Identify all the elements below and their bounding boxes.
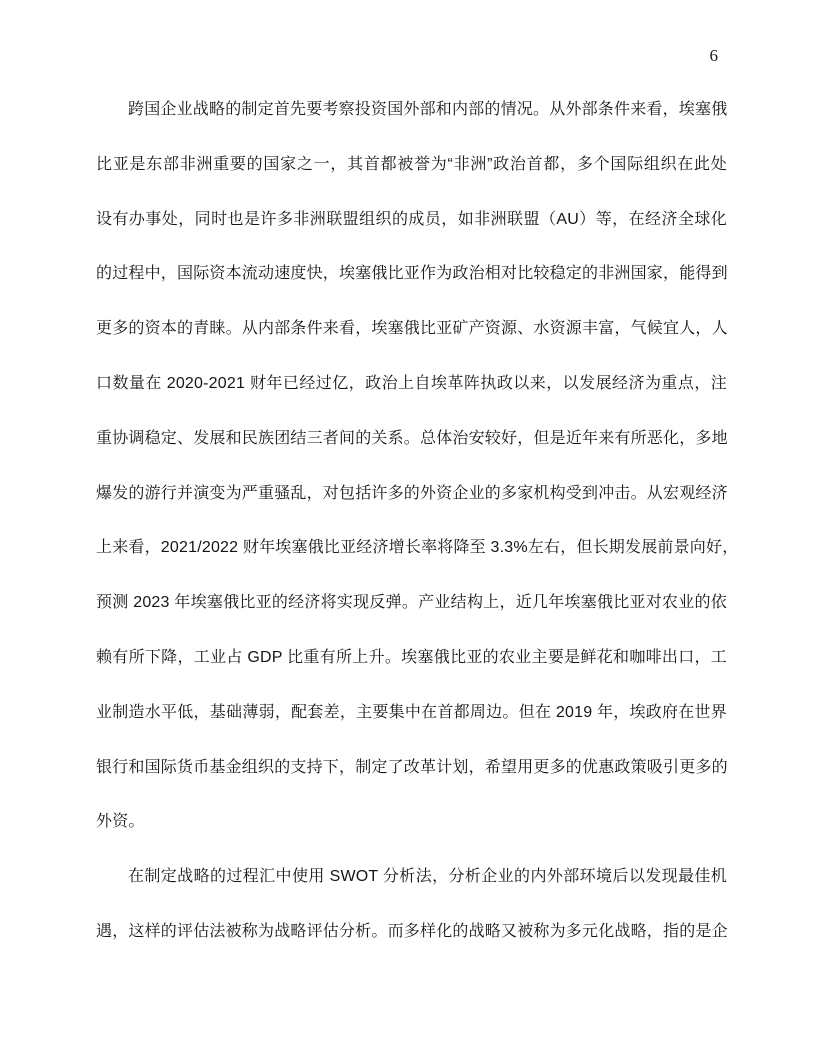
text-line: 上来看，2021/2022 财年埃塞俄比亚经济增长率将降至 3.3%左右，但长期… bbox=[96, 521, 727, 576]
document-page: 6 跨国企业战略的制定首先要考察投资国外部和内部的情况。从外部条件来看，埃塞俄比… bbox=[0, 0, 816, 1056]
paragraph-2: 在制定战略的过程汇中使用 SWOT 分析法，分析企业的内外部环境后以发现最佳机遇… bbox=[96, 850, 727, 960]
text-line: 跨国企业战略的制定首先要考察投资国外部和内部的情况。从外部条件来看，埃塞俄 bbox=[96, 83, 727, 138]
text-line: 设有办事处，同时也是许多非洲联盟组织的成员，如非洲联盟（AU）等，在经济全球化 bbox=[96, 193, 727, 248]
text-line: 预测 2023 年埃塞俄比亚的经济将实现反弹。产业结构上，近几年埃塞俄比亚对农业… bbox=[96, 576, 727, 631]
text-line: 口数量在 2020-2021 财年已经过亿，政治上自埃革阵执政以来，以发展经济为… bbox=[96, 357, 727, 412]
text-line: 在制定战略的过程汇中使用 SWOT 分析法，分析企业的内外部环境后以发现最佳机 bbox=[96, 850, 727, 905]
text-line: 更多的资本的青睐。从内部条件来看，埃塞俄比亚矿产资源、水资源丰富，气候宜人，人 bbox=[96, 302, 727, 357]
paragraph-1: 跨国企业战略的制定首先要考察投资国外部和内部的情况。从外部条件来看，埃塞俄比亚是… bbox=[96, 83, 727, 850]
text-line: 外资。 bbox=[96, 795, 727, 850]
page-number: 6 bbox=[710, 46, 719, 66]
text-line: 赖有所下降，工业占 GDP 比重有所上升。埃塞俄比亚的农业主要是鲜花和咖啡出口，… bbox=[96, 631, 727, 686]
text-line: 银行和国际货币基金组织的支持下，制定了改革计划，希望用更多的优惠政策吸引更多的 bbox=[96, 741, 727, 796]
text-line: 的过程中，国际资本流动速度快，埃塞俄比亚作为政治相对比较稳定的非洲国家，能得到 bbox=[96, 247, 727, 302]
text-line: 遇，这样的评估法被称为战略评估分析。而多样化的战略又被称为多元化战略，指的是企 bbox=[96, 905, 727, 960]
body-text: 跨国企业战略的制定首先要考察投资国外部和内部的情况。从外部条件来看，埃塞俄比亚是… bbox=[96, 83, 727, 960]
text-line: 爆发的游行并演变为严重骚乱，对包括许多的外资企业的多家机构受到冲击。从宏观经济 bbox=[96, 467, 727, 522]
text-line: 重协调稳定、发展和民族团结三者间的关系。总体治安较好，但是近年来有所恶化，多地 bbox=[96, 412, 727, 467]
text-line: 业制造水平低，基础薄弱，配套差，主要集中在首都周边。但在 2019 年，埃政府在… bbox=[96, 686, 727, 741]
text-line: 比亚是东部非洲重要的国家之一，其首都被誉为“非洲”政治首都，多个国际组织在此处 bbox=[96, 138, 727, 193]
